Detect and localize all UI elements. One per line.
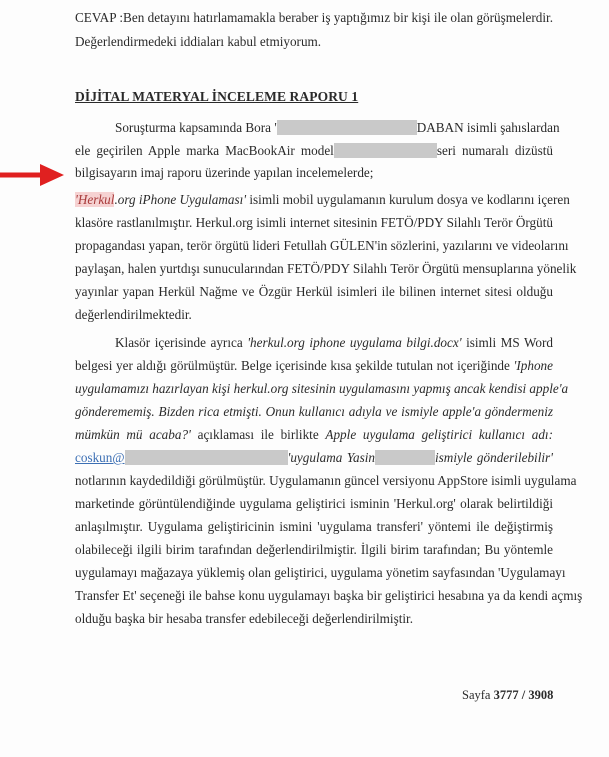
paragraph-3-line-4: gönderememiş. Bizden rica etmişti. Onun …	[75, 403, 553, 421]
paragraph-3-line-13: olduğu başka bir hesaba transfer edebile…	[75, 610, 553, 628]
highlighted-text: 'Herkul	[75, 192, 114, 207]
redaction-box	[125, 450, 288, 465]
answer-line-1: CEVAP :Ben detayını hatırlamamakla berab…	[75, 9, 553, 27]
redaction-box	[334, 143, 437, 158]
text: isimli mobil uygulamanın kurulum dosya v…	[246, 192, 570, 207]
text: isimli MS Word	[462, 335, 553, 350]
paragraph-1-line-2: ele geçirilen Apple marka MacBookAir mod…	[75, 142, 553, 160]
italic-text: Apple uygulama geliştirici kullanıcı adı…	[325, 427, 553, 442]
paragraph-3-line-2: belgesi yer aldığı görülmüştür. Belge iç…	[75, 357, 553, 375]
redaction-box	[277, 120, 417, 135]
text: Soruşturma kapsamında Bora '	[115, 120, 277, 135]
total-pages: 3908	[528, 688, 553, 702]
page-separator: /	[519, 688, 529, 702]
paragraph-3-line-7: notlarının kaydedildiği görülmüştür. Uyg…	[75, 472, 553, 490]
text: seri numaralı dizüstü	[437, 143, 553, 158]
italic-text: uygulamamızı hazırlayan kişi herkul.org …	[75, 381, 568, 396]
text: DABAN isimli şahıslardan	[417, 120, 560, 135]
text: .org iPhone Uygulaması'	[114, 192, 246, 207]
paragraph-1-line-3: bilgisayarın imaj raporu üzerinde yapıla…	[75, 164, 553, 182]
paragraph-3-line-10: olabileceği ilgili birim tarafından değe…	[75, 541, 553, 559]
section-heading: DİJİTAL MATERYAL İNCELEME RAPORU 1	[75, 88, 553, 106]
paragraph-2-line-2: klasöre rastlanılmıştır. Herkul.org isim…	[75, 214, 553, 232]
answer-line-2: Değerlendirmedeki iddiaları kabul etmiyo…	[75, 33, 553, 51]
paragraph-2-line-1: 'Herkul.org iPhone Uygulaması' isimli mo…	[75, 191, 553, 209]
text: ele geçirilen Apple marka MacBookAir mod…	[75, 143, 334, 158]
paragraph-2-line-3: propagandası yapan, terör örgütü lideri …	[75, 237, 553, 255]
paragraph-3-line-3: uygulamamızı hazırlayan kişi herkul.org …	[75, 380, 553, 398]
current-page: 3777	[494, 688, 519, 702]
text: açıklaması ile birlikte	[191, 427, 326, 442]
paragraph-3-line-9: anlaşılmıştır. Uygulama geliştiricinin i…	[75, 518, 553, 536]
italic-text: mümkün mü acaba?'	[75, 427, 191, 442]
italic-text: 'herkul.org iphone uygulama bilgi.docx'	[247, 335, 461, 350]
document-page: CEVAP :Ben detayını hatırlamamakla berab…	[0, 0, 609, 757]
paragraph-2-line-6: değerlendirilmektedir.	[75, 306, 553, 324]
paragraph-3-line-8: marketinde görüntülendiğinde uygulama ge…	[75, 495, 553, 513]
paragraph-3-line-12: Transfer Et' seçeneği ile bahse konu uyg…	[75, 587, 553, 605]
italic-text: ismiyle gönderilebilir'	[435, 450, 553, 465]
paragraph-3-line-11: uygulamayı mağazaya yüklemiş olan gelişt…	[75, 564, 553, 582]
italic-text: gönderememiş. Bizden rica etmişti. Onun …	[75, 404, 553, 419]
page-label: Sayfa	[462, 688, 494, 702]
text: belgesi yer aldığı görülmüştür. Belge iç…	[75, 358, 514, 373]
paragraph-2-line-4: paylaşan, halen yurtdışı sunucularından …	[75, 260, 553, 278]
paragraph-3-line-6: coskun@'uygulama Yasinismiyle gönderileb…	[75, 449, 553, 467]
text: Klasör içerisinde ayrıca	[115, 335, 247, 350]
paragraph-3-line-1: Klasör içerisinde ayrıca 'herkul.org iph…	[115, 334, 553, 352]
paragraph-2-line-5: yayınlar yapan Herkül Nağme ve Özgür Her…	[75, 283, 553, 301]
paragraph-3-line-5: mümkün mü acaba?' açıklaması ile birlikt…	[75, 426, 553, 444]
italic-text: 'Iphone	[514, 358, 553, 373]
email-link[interactable]: coskun@	[75, 450, 125, 465]
redaction-box	[375, 450, 435, 465]
red-arrow-icon	[0, 164, 64, 186]
italic-text: 'uygulama Yasin	[288, 450, 376, 465]
page-number: Sayfa 3777 / 3908	[462, 688, 553, 703]
paragraph-1-line-1: Soruşturma kapsamında Bora 'DABAN isimli…	[115, 119, 553, 137]
